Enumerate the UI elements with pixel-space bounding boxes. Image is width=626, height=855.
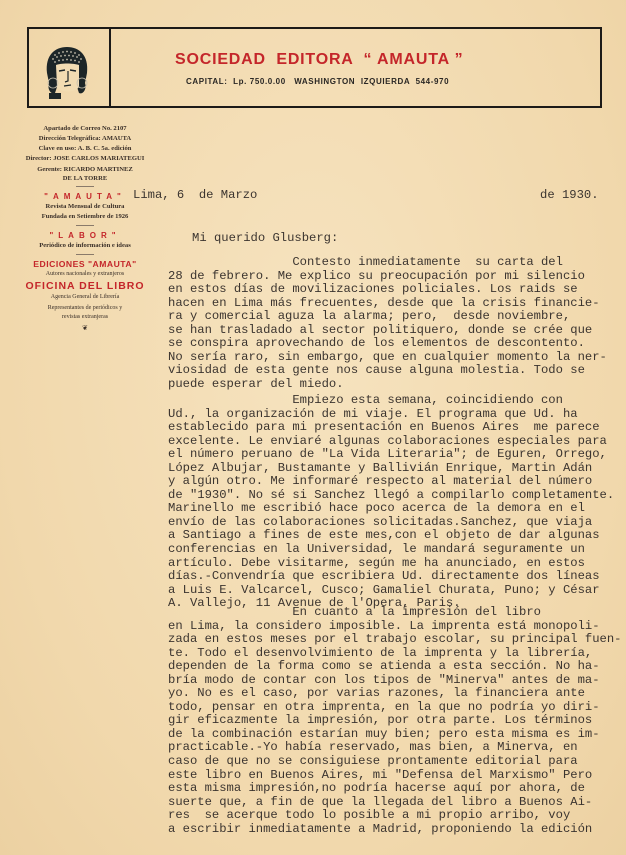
text-line: en estos días de movilizaciones policial… bbox=[168, 283, 626, 297]
text-line: bría modo de contar con los tipos de "Mi… bbox=[168, 674, 626, 688]
text-line: y algún otro. Me informaré respecto al m… bbox=[168, 475, 626, 489]
text-line: artículo. Debe visitarme, según me ha an… bbox=[168, 557, 626, 571]
sidebar-line: Director: JOSE CARLOS MARIATEGUI bbox=[10, 154, 160, 164]
text-line: se han trasladado al sector politiquero,… bbox=[168, 324, 626, 338]
text-line: este libro en Buenos Aires, mi "Defensa … bbox=[168, 769, 626, 783]
text-line: de la combinación estarían muy bien; per… bbox=[168, 728, 626, 742]
text-line: excelente. Le enviaré algunas colaboraci… bbox=[168, 435, 626, 449]
text-line: En cuanto a la impresión del libro bbox=[168, 606, 626, 620]
letter-date-year: de 1930. bbox=[540, 188, 599, 202]
labor-title: "LABOR" bbox=[10, 230, 160, 241]
text-line: viosidad de esta gente nos cause alguna … bbox=[168, 364, 626, 378]
text-line: practicable.-Yo había reservado, mas bie… bbox=[168, 741, 626, 755]
text-line: zada en estos meses por el trabajo escol… bbox=[168, 633, 626, 647]
text-line: gir eficazmente la impresión, por otra p… bbox=[168, 714, 626, 728]
text-line: Marinello me escribió hace poco acerca d… bbox=[168, 502, 626, 516]
text-line: suerte que, a fin de que la llegada del … bbox=[168, 796, 626, 810]
letterhead-sidebar: Apartado de Correo No. 2107 Dirección Te… bbox=[10, 124, 160, 332]
text-line: yo. No es el caso, por varias razones, l… bbox=[168, 687, 626, 701]
text-line: el número peruano de "La Vida Literaria"… bbox=[168, 448, 626, 462]
text-line: conferencias en la Universidad, le manda… bbox=[168, 543, 626, 557]
text-line: hacen en Lima más frecuentes, desde que … bbox=[168, 297, 626, 311]
text-line: puede esperar del miedo. bbox=[168, 378, 626, 392]
amauta-description: Revista Mensual de Cultura bbox=[10, 202, 160, 212]
divider bbox=[76, 225, 94, 226]
text-line: esta misma impresión,no podría hacerse a… bbox=[168, 782, 626, 796]
letter-paragraph-2: Empiezo esta semana, coincidiendo con Ud… bbox=[168, 394, 626, 611]
text-line: se conspira aprovechando de los elemento… bbox=[168, 337, 626, 351]
letterhead-title: SOCIEDAD EDITORA “ AMAUTA ” bbox=[175, 51, 463, 69]
text-line: dependen de la forma como se atienda a e… bbox=[168, 660, 626, 674]
oficina-title: OFICINA DEL LIBRO bbox=[10, 279, 160, 293]
letter-paragraph-3: En cuanto a la impresión del libro en Li… bbox=[168, 606, 626, 836]
representantes-line: revistas extranjeras bbox=[10, 313, 160, 322]
logo-box bbox=[29, 29, 111, 106]
letterhead-subtitle: CAPITAL: Lp. 750.0.00 WASHINGTON IZQUIER… bbox=[186, 77, 449, 86]
letter-paragraph-1: Contesto inmediatamente su carta del 28 … bbox=[168, 256, 626, 391]
text-line: a Luis E. Valcarcel, Cusco; Gamaliel Chu… bbox=[168, 584, 626, 598]
letter-date-place: Lima, 6 de Marzo bbox=[133, 188, 257, 202]
text-line: establecido para mi presentación en Buen… bbox=[168, 421, 626, 435]
text-line: todo, pensar en otra imprenta, en la que… bbox=[168, 701, 626, 715]
ornament-icon: ❦ bbox=[10, 324, 160, 332]
representantes-line: Representantes de periódicos y bbox=[10, 304, 160, 313]
labor-description: Periódico de información e ideas bbox=[10, 241, 160, 251]
sidebar-line: Dirección Telegráfica: AMAUTA bbox=[10, 134, 160, 144]
text-line: a escribir inmediatamente a Madrid, prop… bbox=[168, 823, 626, 837]
text-line: en Lima, la considero imposible. La impr… bbox=[168, 620, 626, 634]
ediciones-title: EDICIONES "AMAUTA" bbox=[10, 258, 160, 270]
text-line: de "1930". No sé si Sanchez llegó a comp… bbox=[168, 489, 626, 503]
letterhead: SOCIEDAD EDITORA “ AMAUTA ” CAPITAL: Lp.… bbox=[27, 27, 602, 108]
letter-salutation: Mi querido Glusberg: bbox=[192, 231, 338, 245]
sidebar-line: Clave en uso: A. B. C. 5a. edición bbox=[10, 144, 160, 154]
sidebar-line: Apartado de Correo No. 2107 bbox=[10, 124, 160, 134]
text-line: caso de que no se consiguiese prontament… bbox=[168, 755, 626, 769]
text-line: res se acerque todo lo posible a mi prop… bbox=[168, 809, 626, 823]
text-line: Ud., la organización de mi viaje. El pro… bbox=[168, 408, 626, 422]
text-line: días.-Convendría que escribiera Ud. dire… bbox=[168, 570, 626, 584]
text-line: Empiezo esta semana, coincidiendo con bbox=[168, 394, 626, 408]
text-line: No sería raro, sin embargo, que en cualq… bbox=[168, 351, 626, 365]
divider bbox=[76, 254, 94, 255]
text-line: López Albujar, Bustamante y Ballivián En… bbox=[168, 462, 626, 476]
text-line: envío de las colaboraciones solicitadas.… bbox=[168, 516, 626, 530]
divider bbox=[76, 186, 94, 187]
sidebar-line: DE LA TORRE bbox=[10, 174, 160, 183]
amauta-founded: Fundada en Setiembre de 1926 bbox=[10, 212, 160, 222]
text-line: te. Todo el desenvolvimiento de la impre… bbox=[168, 647, 626, 661]
sidebar-line: Gerente: RICARDO MARTINEZ bbox=[10, 166, 160, 174]
text-line: 28 de febrero. Me explico su preocupació… bbox=[168, 270, 626, 284]
amauta-head-logo-icon bbox=[41, 43, 93, 101]
ediciones-description: Autores nacionales y extranjeros bbox=[10, 270, 160, 279]
text-line: a Santiago a fines de este mes,con el ob… bbox=[168, 529, 626, 543]
text-line: ra y comercial aguza la alarma; pero, de… bbox=[168, 310, 626, 324]
oficina-description: Agencia General de Librería bbox=[10, 293, 160, 302]
text-line: Contesto inmediatamente su carta del bbox=[168, 256, 626, 270]
